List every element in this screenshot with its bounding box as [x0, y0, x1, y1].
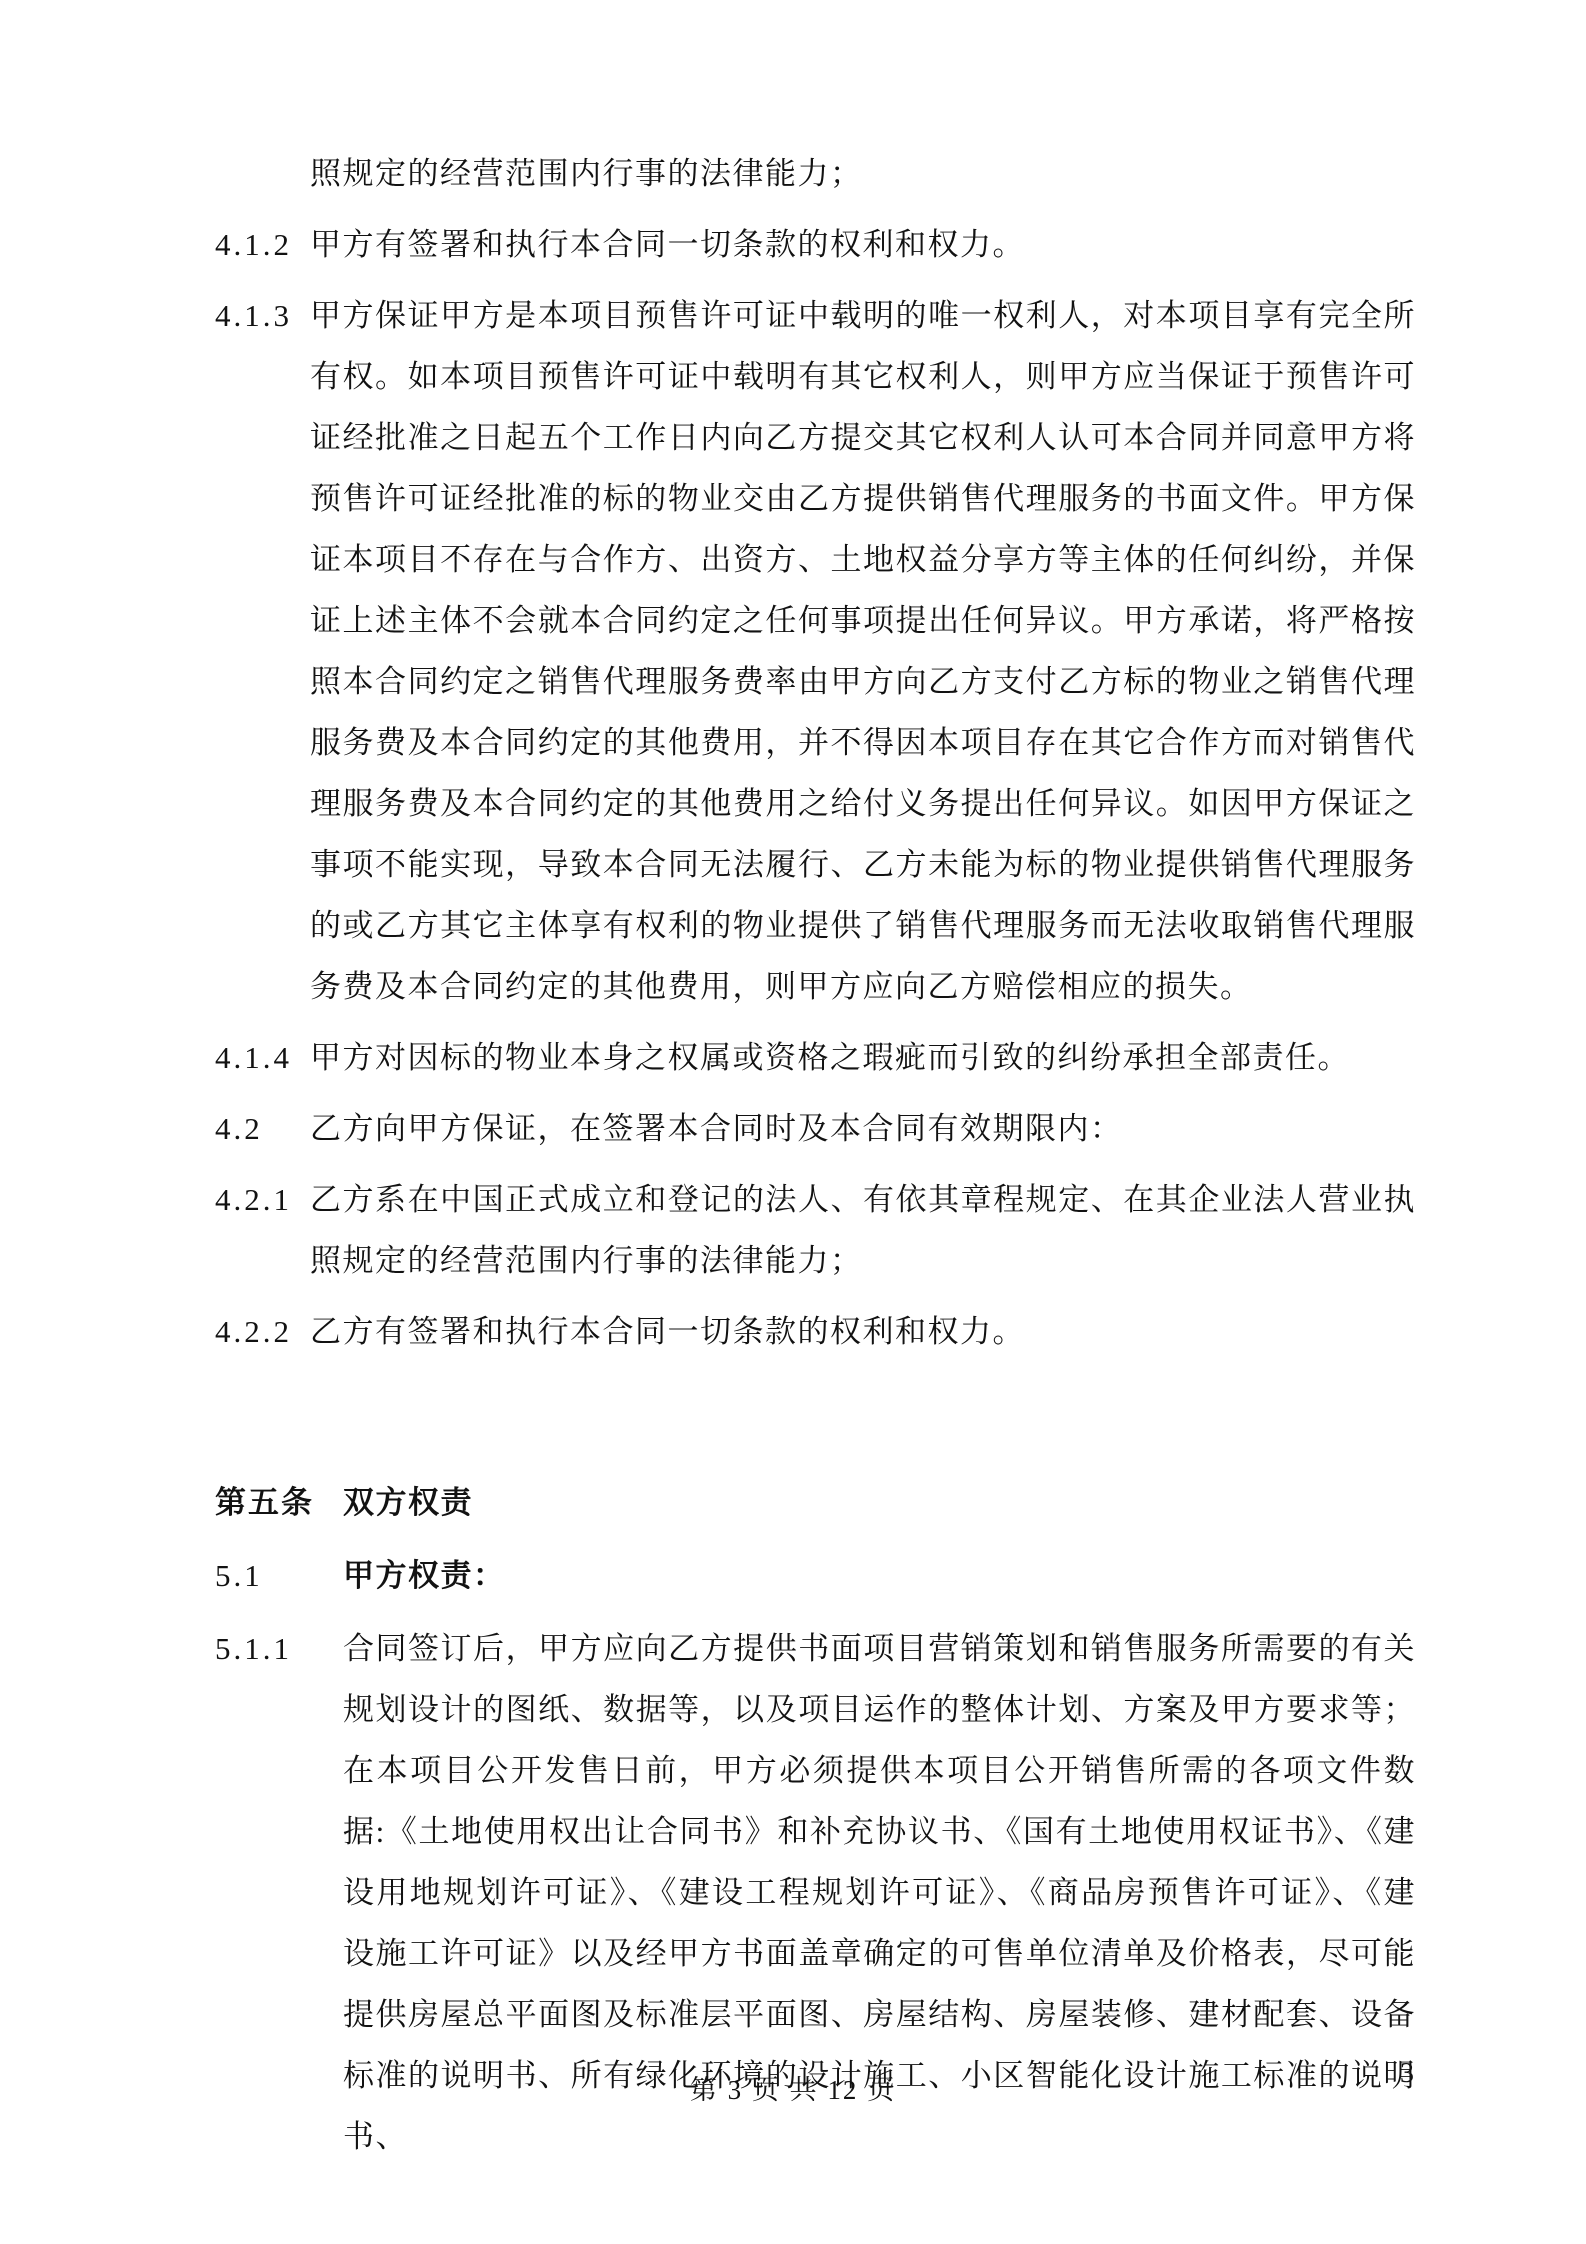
page-indicator: 第 3 页 共 12 页 [0, 2068, 1586, 2107]
clause-number: 4.2.2 [215, 1301, 310, 1362]
clause-text: 甲方保证甲方是本项目预售许可证中载明的唯一权利人，对本项目享有完全所有权。如本项… [310, 285, 1416, 1017]
contract-body: 照规定的经营范围内行事的法律能力； 4.1.2 甲方有签署和执行本合同一切条款的… [0, 0, 1586, 2167]
clause-text: 乙方系在中国正式成立和登记的法人、有依其章程规定、在其企业法人营业执照规定的经营… [310, 1169, 1416, 1291]
clause-text: 乙方有签署和执行本合同一切条款的权利和权力。 [310, 1301, 1416, 1362]
subsection-number: 5.1 [215, 1545, 343, 1606]
contract-page: 照规定的经营范围内行事的法律能力； 4.1.2 甲方有签署和执行本合同一切条款的… [0, 0, 1586, 2244]
clause-411-continuation-text: 照规定的经营范围内行事的法律能力； [310, 143, 1416, 204]
page-number: 3 [1400, 2058, 1414, 2090]
subsection-51-heading: 5.1 甲方权责： [215, 1545, 1416, 1606]
clause-text: 乙方向甲方保证，在签署本合同时及本合同有效期限内： [310, 1098, 1416, 1159]
clause-number: 4.2 [215, 1098, 310, 1159]
clause-text: 甲方有签署和执行本合同一切条款的权利和权力。 [310, 214, 1416, 275]
subsection-title: 甲方权责： [343, 1545, 506, 1606]
clause-421: 4.2.1 乙方系在中国正式成立和登记的法人、有依其章程规定、在其企业法人营业执… [215, 1169, 1416, 1291]
clause-42: 4.2 乙方向甲方保证，在签署本合同时及本合同有效期限内： [215, 1098, 1416, 1159]
section-number: 第五条 [215, 1472, 343, 1533]
clause-number: 5.1.1 [215, 1618, 343, 1679]
clause-number: 4.1.3 [215, 285, 310, 346]
clause-number: 4.1.4 [215, 1027, 310, 1088]
clause-number: 4.2.1 [215, 1169, 310, 1230]
clause-413: 4.1.3 甲方保证甲方是本项目预售许可证中载明的唯一权利人，对本项目享有完全所… [215, 285, 1416, 1017]
clause-text: 甲方对因标的物业本身之权属或资格之瑕疵而引致的纠纷承担全部责任。 [310, 1027, 1416, 1088]
clause-414: 4.1.4 甲方对因标的物业本身之权属或资格之瑕疵而引致的纠纷承担全部责任。 [215, 1027, 1416, 1088]
clause-number: 4.1.2 [215, 214, 310, 275]
clause-412: 4.1.2 甲方有签署和执行本合同一切条款的权利和权力。 [215, 214, 1416, 275]
section-title: 双方权责 [343, 1472, 473, 1533]
section-5-heading: 第五条 双方权责 [215, 1472, 1416, 1533]
clause-422: 4.2.2 乙方有签署和执行本合同一切条款的权利和权力。 [215, 1301, 1416, 1362]
